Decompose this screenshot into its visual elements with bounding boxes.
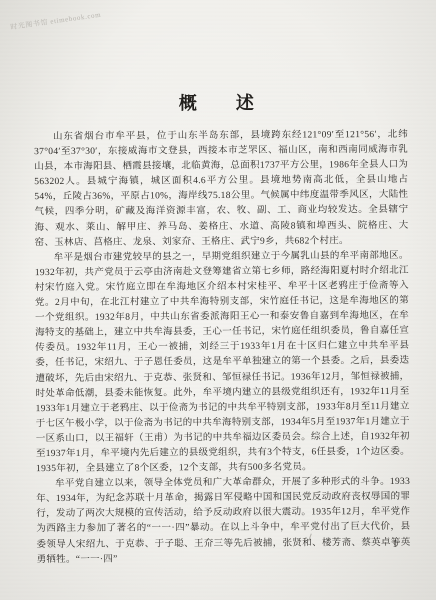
page-title: 概 述 xyxy=(0,88,435,117)
page-content: 概 述 山东省烟台市牟平县，位于山东半岛东部，县境跨东经121°09′至121°… xyxy=(0,0,436,600)
paragraph: 牟平是烟台市建党较早的县之一，早期党组织建立于今属乳山县的牟平南部地区。1932… xyxy=(35,249,410,478)
page-number: 1 xyxy=(392,539,397,550)
paragraph: 山东省烟台市牟平县，位于山东半岛东部，县境跨东经121°09′至121°56′，… xyxy=(34,128,409,251)
body-text: 山东省烟台市牟平县，位于山东半岛东部，县境跨东经121°09′至121°56′，… xyxy=(34,128,411,568)
scanned-page: 时光图书馆 etimebook.com 概 述 山东省烟台市牟平县，位于山东半岛… xyxy=(0,0,436,600)
paragraph: 牟平党自建立以来，领导全体党员和广大革命群众，开展了多种形式的斗争。1933年、… xyxy=(36,475,411,568)
